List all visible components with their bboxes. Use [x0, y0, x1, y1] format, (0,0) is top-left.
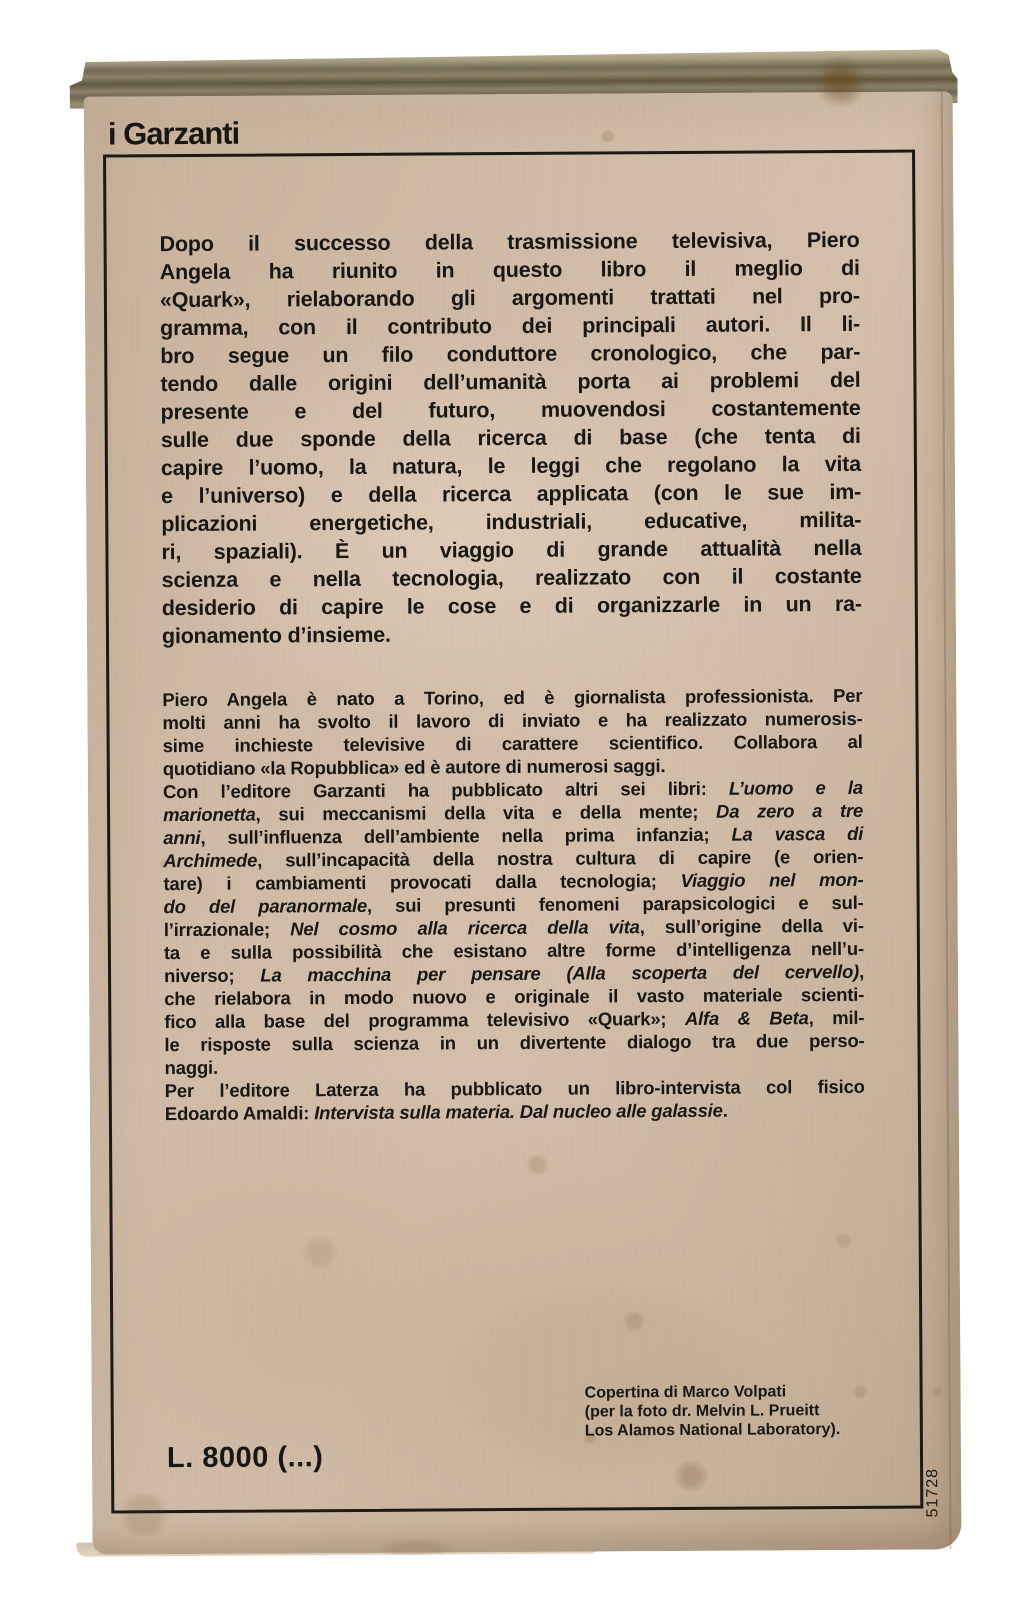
bio-text: , sull’incapacità della nostra cultura d…	[257, 846, 863, 871]
bio-line: le risposte sulla scienza in un diverten…	[164, 1029, 864, 1056]
credit-line: Los Alamos National Laboratory).	[585, 1420, 841, 1441]
bio-text: tare) i cambiamenti provocati dalla tecn…	[163, 870, 680, 894]
bio-text: naggi.	[165, 1057, 218, 1078]
synopsis-line: bro segue un filo conduttore cronologico…	[160, 338, 860, 370]
bio-text: , mil-	[809, 1007, 865, 1028]
book-back-cover: i Garzanti Dopo il successo della trasmi…	[61, 47, 967, 1556]
synopsis-line: plicazioni energetiche, industriali, edu…	[161, 506, 861, 538]
bio-text: fico alla base del programma televisivo …	[164, 1008, 685, 1032]
synopsis-line: presente e del futuro, muovendosi costan…	[161, 394, 861, 426]
bio-text: , sull’influenza dell’ambiente nella pri…	[200, 824, 731, 848]
book-title-italic: Da zero a tre	[716, 800, 863, 822]
book-title-italic: L’uomo e la	[729, 777, 863, 799]
price-label: L. 8000 (...)	[167, 1441, 324, 1475]
bio-text: Piero Angela è nato a Torino, ed è giorn…	[162, 685, 862, 710]
bio-text: quotidiano «la Ropubblica» ed è autore d…	[163, 755, 666, 779]
synopsis-line: Angela ha riunito in questo libro il meg…	[160, 254, 860, 286]
bio-paragraph: Piero Angela è nato a Torino, ed è giorn…	[162, 684, 865, 1125]
book-title-italic: La macchina per pensare (Alla scoperta d…	[260, 961, 859, 986]
synopsis-line: «Quark», rielaborando gli argomenti trat…	[160, 282, 860, 314]
publisher-logo: i Garzanti	[108, 116, 239, 153]
book-title-italic: marionetta	[163, 804, 256, 826]
bio-text: , sull’origine della vi-	[640, 915, 864, 937]
bio-text: .	[723, 1100, 728, 1121]
bio-text: Per l’editore Laterza ha pubblicato un l…	[165, 1076, 865, 1101]
photo-scene: i Garzanti Dopo il successo della trasmi…	[0, 0, 1015, 1600]
synopsis-line: sulle due sponde della ricerca di base (…	[161, 422, 861, 454]
book-title-italic: Viaggio nel mon-	[680, 869, 863, 891]
bio-line: Edoardo Amaldi: Intervista sulla materia…	[165, 1098, 865, 1125]
synopsis-line: capire l’uomo, la natura, le leggi che r…	[161, 450, 861, 482]
synopsis-line: gramma, con il contributo dei principali…	[160, 310, 860, 342]
bio-line: sime inchieste televisive di carattere s…	[163, 730, 863, 757]
synopsis-line: tendo dalle origini dell’umanità porta a…	[160, 366, 860, 398]
bio-text: l’irrazionale;	[164, 918, 291, 940]
book-title-italic: Alfa & Beta	[685, 1007, 809, 1029]
credit-line: Copertina di Marco Volpati	[585, 1382, 841, 1403]
synopsis-paragraph: Dopo il successo della trasmissione tele…	[160, 226, 863, 650]
bio-line: Per l’editore Laterza ha pubblicato un l…	[165, 1075, 865, 1102]
bio-text: Con l’editore Garzanti ha pubblicato alt…	[163, 778, 729, 802]
credit-line: (per la foto dr. Melvin L. Prueitt	[585, 1401, 841, 1422]
spine-code: 51728	[924, 1445, 942, 1517]
bio-text: che rielabora in modo nuovo e originale …	[164, 984, 864, 1009]
book-title-italic: do del paranormale	[164, 895, 368, 917]
synopsis-line: desiderio di capire le cose e di organiz…	[162, 590, 862, 622]
synopsis-line: e l’universo) e della ricerca applicata …	[161, 478, 861, 510]
book-title-italic: Archimede	[163, 850, 257, 872]
cover: i Garzanti Dopo il successo della trasmi…	[84, 91, 962, 1554]
bio-text: molti anni ha svolto il lavoro di inviat…	[162, 708, 862, 733]
bio-text: , sui meccanismi della vita e della ment…	[256, 801, 716, 825]
book-title-italic: anni	[163, 827, 200, 848]
bio-text: Edoardo Amaldi:	[165, 1102, 314, 1124]
bio-text: , sui presunti fenomeni parapsicologici …	[367, 892, 864, 916]
bio-text: niverso;	[164, 965, 260, 987]
synopsis-line: ri, spaziali). È un viaggio di grande at…	[161, 534, 861, 566]
synopsis-line: scienza e nella tecnologia, realizzato c…	[162, 562, 862, 594]
book-title-italic: Intervista sulla materia. Dal nucleo all…	[314, 1100, 723, 1123]
book-title-italic: La vasca di	[731, 823, 863, 845]
bio-text: ta e sulla possibilità che esistano altr…	[164, 938, 864, 963]
bio-text: sime inchieste televisive di carattere s…	[163, 731, 863, 756]
bio-text: ,	[859, 961, 864, 982]
book-title-italic: Nel cosmo alla ricerca della vita	[290, 916, 640, 939]
bio-text: le risposte sulla scienza in un diverten…	[164, 1030, 864, 1055]
synopsis-line: gionamento d’insieme.	[162, 618, 862, 650]
synopsis-line: Dopo il successo della trasmissione tele…	[160, 226, 860, 258]
credits-block: Copertina di Marco Volpati(per la foto d…	[585, 1382, 841, 1441]
